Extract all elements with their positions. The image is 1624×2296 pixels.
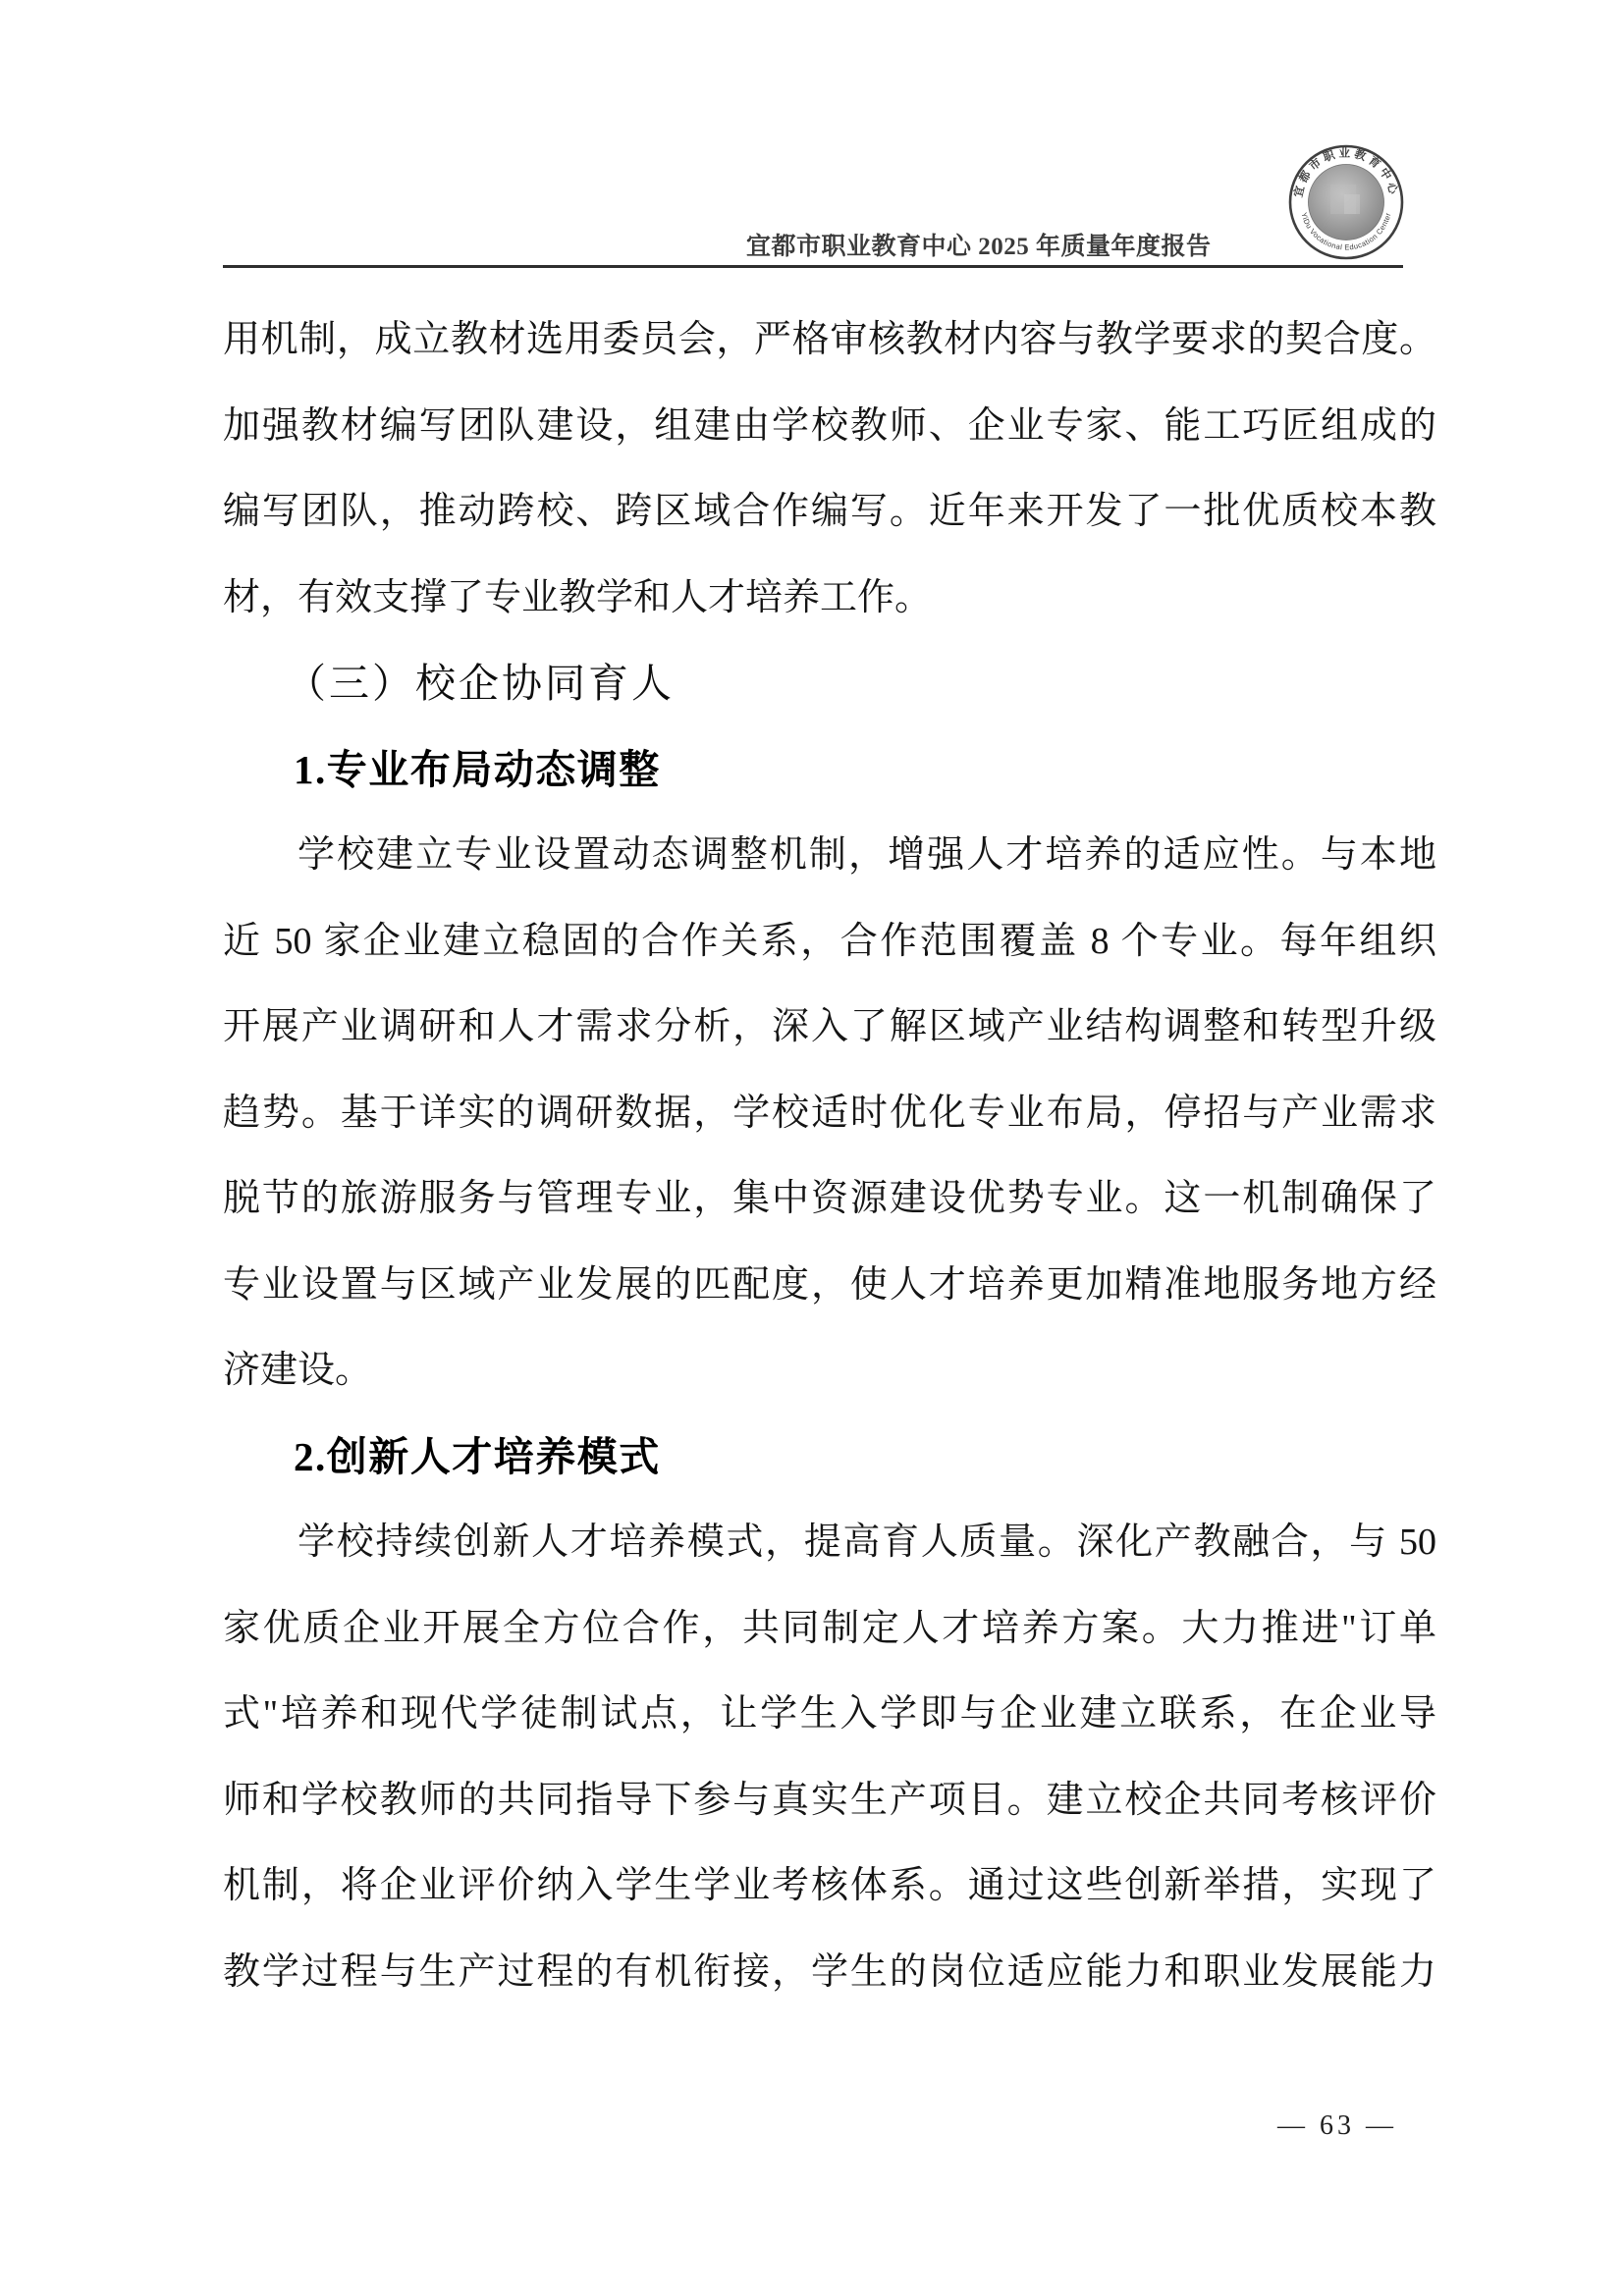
- body-line: 教学过程与生产过程的有机衔接，学生的岗位适应能力和职业发展能力: [223, 1930, 1436, 2016]
- body-line: 家优质企业开展全方位合作，共同制定人才培养方案。大力推进"订单: [223, 1586, 1436, 1673]
- heading-line: 1.专业布局动态调整: [223, 727, 1436, 814]
- body-line: 学校持续创新人才培养模式，提高育人质量。深化产教融合，与 50: [223, 1500, 1436, 1586]
- body-text: 用机制，成立教材选用委员会，严格审核教材内容与教学要求的契合度。加强教材编写团队…: [223, 297, 1436, 2015]
- school-seal-icon: 宜都市职业教育中心 YiDu Vocational Education Cent…: [1287, 143, 1405, 261]
- body-line: 学校建立专业设置动态调整机制，增强人才培养的适应性。与本地: [223, 813, 1436, 899]
- document-page: 宜都市职业教育中心 2025 年质量年度报告 宜都市职业教育中心 YiDu Vo…: [0, 0, 1624, 2296]
- body-line: 加强教材编写团队建设，组建由学校教师、企业专家、能工巧匠组成的: [223, 384, 1436, 470]
- body-line: 编写团队，推动跨校、跨区域合作编写。近年来开发了一批优质校本教: [223, 469, 1436, 556]
- body-line: 师和学校教师的共同指导下参与真实生产项目。建立校企共同考核评价: [223, 1758, 1436, 1844]
- body-line: 济建设。: [223, 1328, 1436, 1415]
- body-line: 趋势。基于详实的调研数据，学校适时优化专业布局，停招与产业需求: [223, 1071, 1436, 1157]
- header-title: 宜都市职业教育中心 2025 年质量年度报告: [746, 232, 1212, 263]
- header-rule-divider: [223, 265, 1403, 268]
- body-line: 式"培养和现代学徒制试点，让学生入学即与企业建立联系，在企业导: [223, 1672, 1436, 1758]
- body-line: 机制，将企业评价纳入学生学业考核体系。通过这些创新举措，实现了: [223, 1843, 1436, 1930]
- page-number: — 63 —: [1277, 2109, 1397, 2144]
- body-line: 材，有效支撑了专业教学和人才培养工作。: [223, 556, 1436, 642]
- body-line: 近 50 家企业建立稳固的合作关系，合作范围覆盖 8 个专业。每年组织: [223, 899, 1436, 986]
- body-line: 开展产业调研和人才需求分析，深入了解区域产业结构调整和转型升级: [223, 985, 1436, 1071]
- body-line: 用机制，成立教材选用委员会，严格审核教材内容与教学要求的契合度。: [223, 297, 1436, 384]
- body-line: 专业设置与区域产业发展的匹配度，使人才培养更加精准地服务地方经: [223, 1243, 1436, 1329]
- body-line: 脱节的旅游服务与管理专业，集中资源建设优势专业。这一机制确保了: [223, 1156, 1436, 1243]
- heading-line: 2.创新人才培养模式: [223, 1415, 1436, 1501]
- heading-line: （三）校企协同育人: [223, 641, 1436, 727]
